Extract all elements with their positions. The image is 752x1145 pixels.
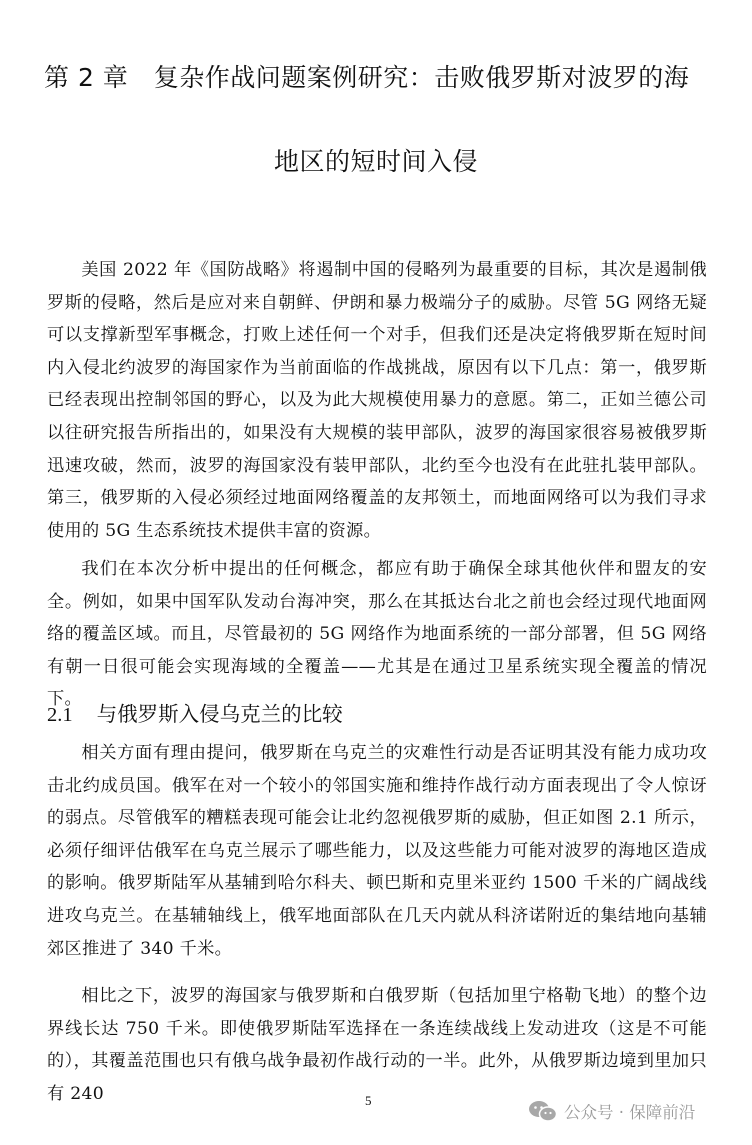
- paragraph: 我们在本次分析中提出的任何概念，都应有助于确保全球其他伙伴和盟友的安全。例如，如…: [47, 553, 707, 716]
- section-title: 与俄罗斯入侵乌克兰的比较: [97, 702, 343, 726]
- watermark-text: 公众号 · 保障前沿: [564, 1099, 695, 1123]
- paragraph: 相关方面有理由提问，俄罗斯在乌克兰的灾难性行动是否证明其没有能力成功攻击北约成员…: [47, 737, 707, 965]
- paragraph: 美国 2022 年《国防战略》将遏制中国的侵略列为最重要的目标，其次是遏制俄罗斯…: [47, 254, 707, 547]
- chapter-title-line-1: 第 2 章 复杂作战问题案例研究：击败俄罗斯对波罗的海: [44, 58, 714, 94]
- section-paragraph-2-container: 相比之下，波罗的海国家与俄罗斯和白俄罗斯（包括加里宁格勒飞地）的整个边界线长达 …: [47, 980, 707, 1110]
- paragraph: 相比之下，波罗的海国家与俄罗斯和白俄罗斯（包括加里宁格勒飞地）的整个边界线长达 …: [47, 980, 707, 1110]
- section-number: 2.1: [47, 704, 73, 726]
- section-paragraph-1-container: 相关方面有理由提问，俄罗斯在乌克兰的灾难性行动是否证明其没有能力成功攻击北约成员…: [47, 737, 707, 965]
- wechat-icon: [528, 1100, 558, 1122]
- watermark: 公众号 · 保障前沿: [528, 1099, 695, 1123]
- document-page: 第 2 章 复杂作战问题案例研究：击败俄罗斯对波罗的海 地区的短时间入侵 美国 …: [0, 0, 752, 1145]
- paragraph-1-container: 美国 2022 年《国防战略》将遏制中国的侵略列为最重要的目标，其次是遏制俄罗斯…: [47, 254, 707, 547]
- paragraph-2-container: 我们在本次分析中提出的任何概念，都应有助于确保全球其他伙伴和盟友的安全。例如，如…: [47, 553, 707, 716]
- chapter-title-line-2: 地区的短时间入侵: [36, 142, 716, 178]
- section-heading: 2.1与俄罗斯入侵乌克兰的比较: [47, 697, 343, 727]
- page-number: 5: [365, 1093, 372, 1109]
